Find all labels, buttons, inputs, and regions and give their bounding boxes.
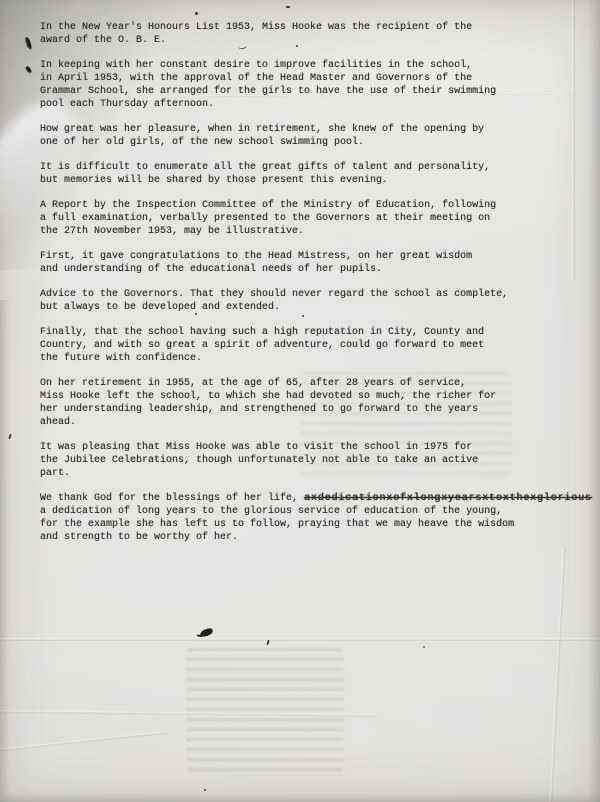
- ink-speck: [266, 640, 269, 645]
- page-edge-shadow: [0, 792, 600, 802]
- paragraph: In keeping with her constant desire to i…: [40, 59, 596, 111]
- text-line: In the New Year's Honours List 1953, Mis…: [40, 21, 596, 34]
- text-line: Finally, that the school having such a h…: [40, 326, 596, 339]
- text-line: Miss Hooke left the school, to which she…: [40, 390, 596, 403]
- text-line: In keeping with her constant desire to i…: [40, 59, 596, 72]
- paragraph: A Report by the Inspection Committee of …: [40, 199, 596, 238]
- paragraph: Finally, that the school having such a h…: [40, 326, 596, 365]
- ink-speck: [286, 6, 290, 8]
- page-edge-shadow: [0, 300, 10, 802]
- text-line: her understanding leadership, and streng…: [40, 403, 596, 416]
- text-line: First, it gave congratulations to the He…: [40, 250, 596, 263]
- showthrough-ghost: [186, 648, 344, 772]
- text-line: for the example she has left us to follo…: [40, 518, 596, 531]
- paragraph: Advice to the Governors. That they shoul…: [40, 288, 596, 314]
- text-line: a dedication of long years to the glorio…: [40, 505, 596, 518]
- text-line: A Report by the Inspection Committee of …: [40, 199, 596, 212]
- text-line: but memories will be shared by those pre…: [40, 174, 596, 187]
- paper-crease: [0, 731, 170, 753]
- ink-speck: [8, 434, 11, 439]
- paragraphs: In the New Year's Honours List 1953, Mis…: [40, 21, 596, 556]
- paragraph: In the New Year's Honours List 1953, Mis…: [40, 21, 596, 47]
- text-line: and strength to be worthy of her.: [40, 531, 596, 544]
- text-line: the future with confidence.: [40, 352, 596, 365]
- paragraph: First, it gave congratulations to the He…: [40, 250, 596, 276]
- text-line: one of her old girls, of the new school …: [40, 136, 596, 149]
- struck-out-text: axdedicationxofxlongxyearsxtoxthexglorio…: [304, 493, 592, 504]
- ink-speck: [195, 12, 198, 15]
- paper-crease: [0, 710, 380, 717]
- text-line: but always to be developed and extended.: [40, 301, 596, 314]
- paper-crease: [549, 548, 565, 802]
- text-line: in April 1953, with the approval of the …: [40, 72, 596, 85]
- ink-blot: [199, 628, 213, 638]
- text-line: Advice to the Governors. That they shoul…: [40, 288, 596, 301]
- ink-speck: [204, 789, 206, 791]
- text-line: ahead.: [40, 416, 596, 429]
- paragraph: How great was her pleasure, when in reti…: [40, 123, 596, 149]
- text-line: a full examination, verbally presented t…: [40, 212, 596, 225]
- paragraph: On her retirement in 1955, at the age of…: [40, 377, 596, 429]
- text-line: We thank God for the blessings of her li…: [40, 492, 596, 505]
- ink-speck: [423, 646, 425, 648]
- staple-tear-mark: [24, 65, 33, 75]
- text-line: It is difficult to enumerate all the gre…: [40, 161, 596, 174]
- text-line: part.: [40, 467, 596, 480]
- text-line: and understanding of the educational nee…: [40, 263, 596, 276]
- text-line: Grammar School, she arranged for the gir…: [40, 85, 596, 98]
- paragraph: It was pleasing that Miss Hooke was able…: [40, 441, 596, 480]
- text-line: award of the O. B. E.: [40, 34, 596, 47]
- paragraph: It is difficult to enumerate all the gre…: [40, 161, 596, 187]
- document-page: In the New Year's Honours List 1953, Mis…: [0, 0, 600, 802]
- text-line: the 27th November 1953, may be illustrat…: [40, 225, 596, 238]
- text-line: the Jubilee Celebrations, though unfortu…: [40, 454, 596, 467]
- staple-tear-mark: [23, 36, 33, 52]
- text-line: Country, and with so great a spirit of a…: [40, 339, 596, 352]
- text-line: On her retirement in 1955, at the age of…: [40, 377, 596, 390]
- text-line: pool each Thursday afternoon.: [40, 98, 596, 111]
- paper-crease: [0, 638, 600, 641]
- paragraph: We thank God for the blessings of her li…: [40, 492, 596, 544]
- text-line: How great was her pleasure, when in reti…: [40, 123, 596, 136]
- text-line: It was pleasing that Miss Hooke was able…: [40, 441, 596, 454]
